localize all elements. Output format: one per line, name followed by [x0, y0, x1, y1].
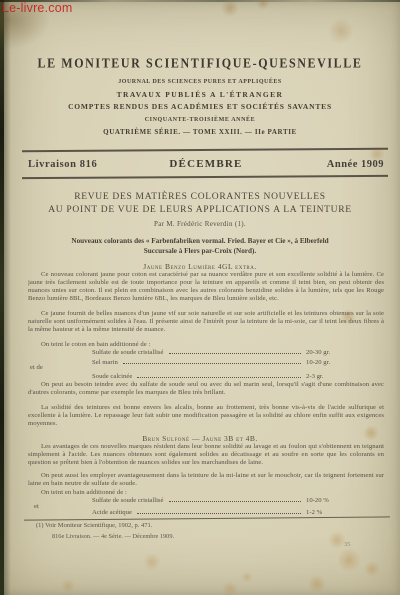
- masthead-line-travaux: TRAVAUX PUBLIÉS A L'ÉTRANGER: [0, 90, 400, 99]
- recipe1-conjunction: et de: [30, 364, 43, 371]
- dotted-leader: [169, 501, 302, 502]
- recipe1-intro: On teint le coton en bain additionné de …: [28, 341, 384, 349]
- article-lead-line1: Nouveaux colorants des « Farbenfabriken …: [0, 237, 400, 247]
- scanned-page: Le-livre.com LE MONITEUR SCIENTIFIQUE-QU…: [0, 0, 400, 595]
- recipe-quantity: 20-30 gr.: [306, 349, 352, 356]
- page-number: 35: [344, 541, 351, 548]
- divider-rule-bottom: [22, 175, 388, 179]
- article-title-line1: REVUE DES MATIÈRES COLORANTES NOUVELLES: [0, 191, 400, 204]
- recipe-ingredient: Sulfate de soude cristallisé: [92, 497, 164, 504]
- recipe-quantity: 10-20 gr.: [306, 359, 352, 366]
- body-paragraph-1: Ce nouveau colorant jaune pour coton est…: [28, 271, 384, 303]
- recipe-row: Sulfate de soude cristallisé 20-30 gr.: [92, 349, 352, 359]
- masthead-line-comptes: COMPTES RENDUS DES ACADÉMIES ET SOCIÉTÉS…: [0, 102, 400, 111]
- printer-signature: 816e Livraison. — 4e Série. — Décembre 1…: [52, 533, 174, 540]
- article-title-line2: AU POINT DE VUE DE LEURS APPLICATIONS A …: [0, 204, 400, 217]
- article-lead-line2: Succursale à Flers par-Croix (Nord).: [0, 247, 400, 257]
- article-lead: Nouveaux colorants des « Farbenfabriken …: [0, 237, 400, 256]
- recipe2-conjunction: et: [34, 503, 39, 510]
- section-heading-jaune-benzo: Jaune Benzo Lumière 4GL extra.: [0, 262, 400, 271]
- recipe2-intro: On teint en bain additionné de :: [28, 489, 384, 497]
- body-paragraph-4: La solidité des teintures est bonne enve…: [28, 404, 384, 428]
- recipe-ingredient: Soude calcinée: [92, 373, 132, 380]
- dotted-leader: [123, 363, 301, 364]
- issue-month: DÉCEMBRE: [28, 158, 384, 170]
- recipe-quantity: 10-20 %: [306, 497, 352, 504]
- journal-title: LE MONITEUR SCIENTIFIQUE-QUESNEVILLE: [0, 55, 400, 73]
- recipe-ingredient: Sulfate de soude cristallisé: [92, 349, 164, 356]
- divider-rule-top: [22, 148, 388, 152]
- article-byline: Par M. Frédéric Reverdin (1).: [0, 220, 400, 228]
- dotted-leader: [169, 353, 302, 354]
- recipe-ingredient: Acide acétique: [92, 509, 132, 516]
- body-paragraph-6: On peut aussi les employer avantageuseme…: [28, 472, 384, 488]
- recipe-table-1: Sulfate de soude cristallisé 20-30 gr. S…: [92, 349, 352, 383]
- issue-bar: Livraison 816 DÉCEMBRE Année 1909: [28, 154, 384, 174]
- section-heading-brun-sulfone: Brun Sulfoné — Jaune 3B et 4B.: [0, 434, 400, 443]
- recipe-quantity: 2-3 gr.: [306, 373, 352, 380]
- recipe-quantity: 1-2 %: [306, 509, 352, 516]
- masthead-line-serie: QUATRIÈME SÉRIE. — TOME XXIII. — IIe PAR…: [0, 128, 400, 136]
- dotted-leader: [137, 377, 301, 378]
- body-paragraph-2: Ce jaune fournit de belles nuances d'un …: [28, 310, 384, 334]
- article-title: REVUE DES MATIÈRES COLORANTES NOUVELLES …: [0, 191, 400, 216]
- recipe-ingredient: Sel marin: [92, 359, 118, 366]
- journal-subtitle: JOURNAL DES SCIENCES PURES ET APPLIQUÉES: [0, 79, 400, 85]
- body-paragraph-3: On peut au besoin teindre avec du sulfat…: [28, 381, 384, 397]
- recipe-row: Sel marin 10-20 gr.: [92, 359, 352, 369]
- watermark-text: Le-livre.com: [2, 1, 72, 15]
- recipe-row: Sulfate de soude cristallisé 10-20 %: [92, 497, 352, 509]
- masthead-line-annee: CINQUANTE-TROISIÈME ANNÉE: [0, 117, 400, 123]
- footnote: (1) Voir Moniteur Scientifique, 1902, p.…: [36, 522, 152, 529]
- body-paragraph-5: Les avantages de ces nouvelles marques r…: [28, 443, 384, 467]
- dotted-leader: [137, 513, 301, 514]
